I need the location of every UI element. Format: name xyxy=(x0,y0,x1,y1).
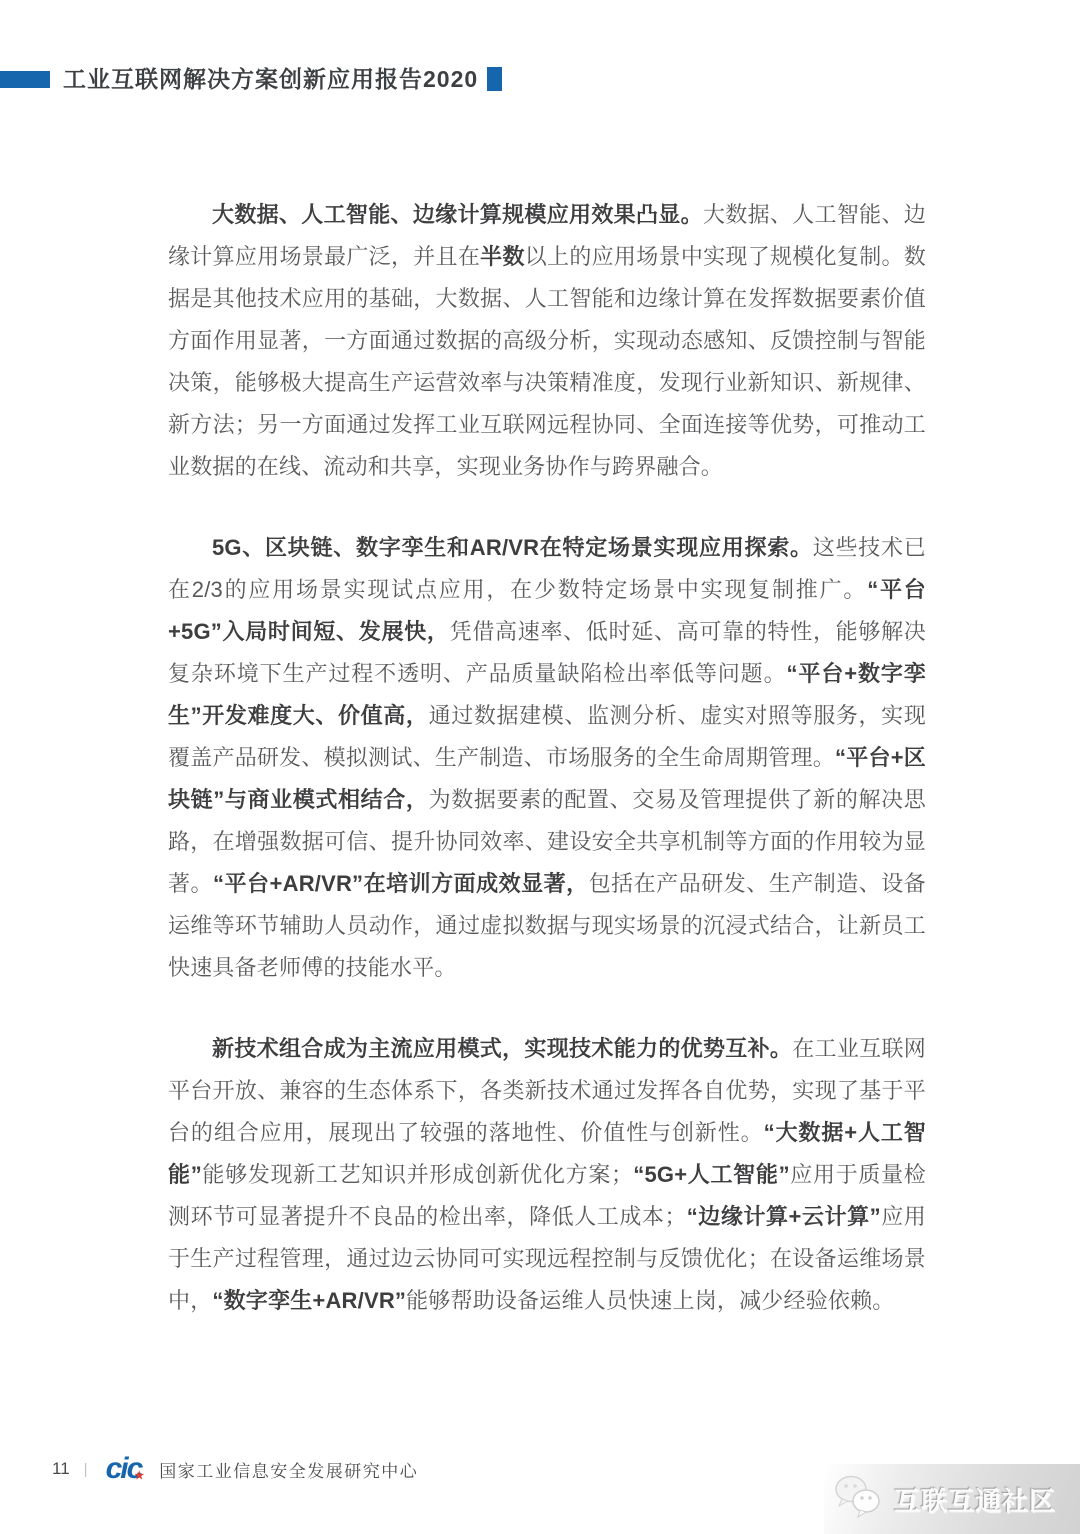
footer-separator: | xyxy=(84,1461,88,1478)
page-header-title: 工业互联网解决方案创新应用报告2020 xyxy=(63,68,478,91)
document-body: 大数据、人工智能、边缘计算规模应用效果凸显。大数据、人工智能、边缘计算应用场景最… xyxy=(168,194,926,1322)
text-run-bold: 新技术组合成为主流应用模式，实现技术能力的优势互补。 xyxy=(212,1036,792,1061)
text-run-bold: “5G+人工智能” xyxy=(633,1162,790,1187)
paragraph: 大数据、人工智能、边缘计算规模应用效果凸显。大数据、人工智能、边缘计算应用场景最… xyxy=(168,194,926,488)
text-run: 能够发现新工艺知识并形成创新优化方案； xyxy=(202,1162,633,1187)
page-header: 工业互联网解决方案创新应用报告2020 xyxy=(0,62,502,96)
text-run-bold: 5G、区块链、数字孪生和AR/VR在特定场景实现应用探索。 xyxy=(212,535,813,560)
footer-org-name: 国家工业信息安全发展研究中心 xyxy=(159,1457,418,1482)
community-watermark-label: 互联互通社区 xyxy=(894,1481,1056,1518)
text-run: 能够帮助设备运维人员快速上岗，减少经验依赖。 xyxy=(406,1288,894,1313)
page-number: 11 xyxy=(52,1459,70,1479)
page-footer: 11 | cic ★ 国家工业信息安全发展研究中心 xyxy=(52,1452,418,1486)
wechat-icon xyxy=(832,1474,886,1525)
cic-logo: cic ★ xyxy=(106,1454,146,1484)
text-run-bold: 半数 xyxy=(480,244,525,269)
star-icon: ★ xyxy=(134,1471,144,1482)
paragraph: 5G、区块链、数字孪生和AR/VR在特定场景实现应用探索。这些技术已在2/3的应… xyxy=(168,527,926,989)
report-page: 工业互联网解决方案创新应用报告2020 大数据、人工智能、边缘计算规模应用效果凸… xyxy=(0,0,1080,1534)
text-run-bold: “边缘计算+云计算” xyxy=(687,1204,881,1229)
text-run-bold: 大数据、人工智能、边缘计算规模应用效果凸显。 xyxy=(212,202,703,227)
community-watermark: 互联互通社区 xyxy=(824,1464,1080,1534)
header-accent-bar xyxy=(0,71,50,88)
text-run: 以上的应用场景中实现了规模化复制。数据是其他技术应用的基础，大数据、人工智能和边… xyxy=(168,244,926,479)
text-run-bold: “平台+AR/VR”在培训方面成效显著， xyxy=(213,871,589,896)
paragraph: 新技术组合成为主流应用模式，实现技术能力的优势互补。在工业互联网平台开放、兼容的… xyxy=(168,1028,926,1322)
header-accent-square xyxy=(487,67,502,91)
text-run-bold: “数字孪生+AR/VR” xyxy=(212,1288,406,1313)
